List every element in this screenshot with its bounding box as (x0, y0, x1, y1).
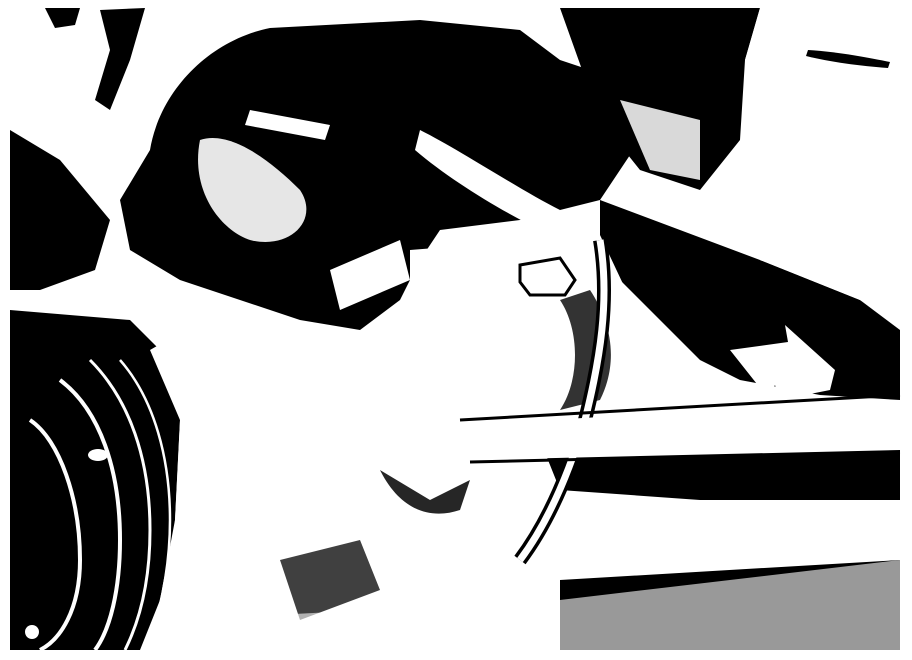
repair-photo (0, 0, 912, 660)
pulley (10, 310, 180, 650)
